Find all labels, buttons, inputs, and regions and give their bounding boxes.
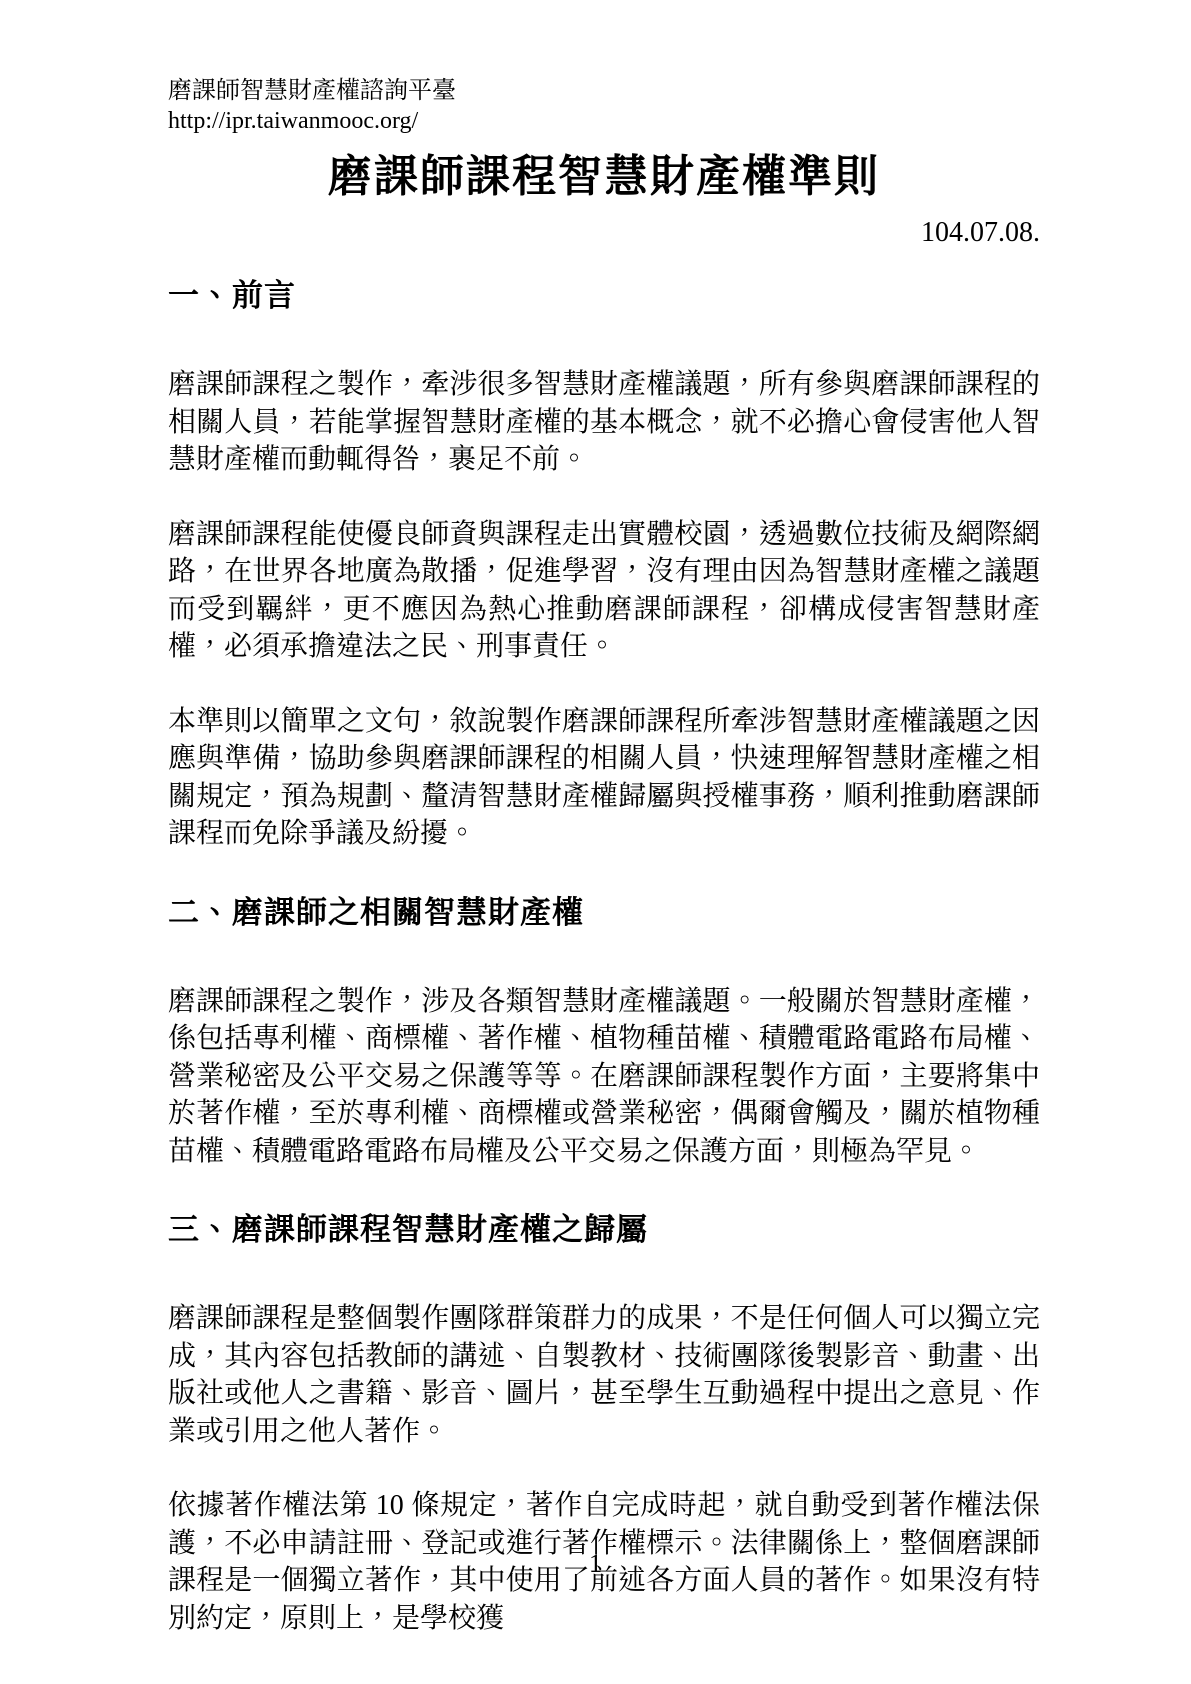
paragraph: 磨課師課程之製作，涉及各類智慧財產權議題。一般關於智慧財產權，係包括專利權、商標… <box>168 983 1040 1171</box>
document-date: 104.07.08. <box>168 216 1040 250</box>
document-content: 磨課師智慧財產權諮詢平臺 http://ipr.taiwanmooc.org/ … <box>168 76 1040 1637</box>
platform-url: http://ipr.taiwanmooc.org/ <box>168 106 1040 136</box>
paragraph: 本準則以簡單之文句，敘說製作磨課師課程所牽涉智慧財產權議題之因應與準備，協助參與… <box>168 703 1040 853</box>
paragraph: 磨課師課程是整個製作團隊群策群力的成果，不是任何個人可以獨立完成，其內容包括教師… <box>168 1300 1040 1450</box>
document-page: 磨課師智慧財產權諮詢平臺 http://ipr.taiwanmooc.org/ … <box>0 0 1191 1684</box>
document-header: 磨課師智慧財產權諮詢平臺 http://ipr.taiwanmooc.org/ <box>168 76 1040 136</box>
section-related-ip: 二、磨課師之相關智慧財產權 磨課師課程之製作，涉及各類智慧財產權議題。一般關於智… <box>168 893 1040 1171</box>
section-preface: 一、前言 磨課師課程之製作，牽涉很多智慧財產權議題，所有參與磨課師課程的相關人員… <box>168 276 1040 853</box>
paragraph: 磨課師課程能使優良師資與課程走出實體校園，透過數位技術及網際網路，在世界各地廣為… <box>168 516 1040 666</box>
page-number: 1 <box>0 1548 1191 1580</box>
document-title: 磨課師課程智慧財產權準則 <box>168 150 1040 204</box>
section-heading-related-ip: 二、磨課師之相關智慧財產權 <box>168 893 1040 933</box>
paragraph: 磨課師課程之製作，牽涉很多智慧財產權議題，所有參與磨課師課程的相關人員，若能掌握… <box>168 366 1040 479</box>
section-heading-preface: 一、前言 <box>168 276 1040 316</box>
platform-name: 磨課師智慧財產權諮詢平臺 <box>168 76 1040 106</box>
section-heading-ip-ownership: 三、磨課師課程智慧財產權之歸屬 <box>168 1210 1040 1250</box>
